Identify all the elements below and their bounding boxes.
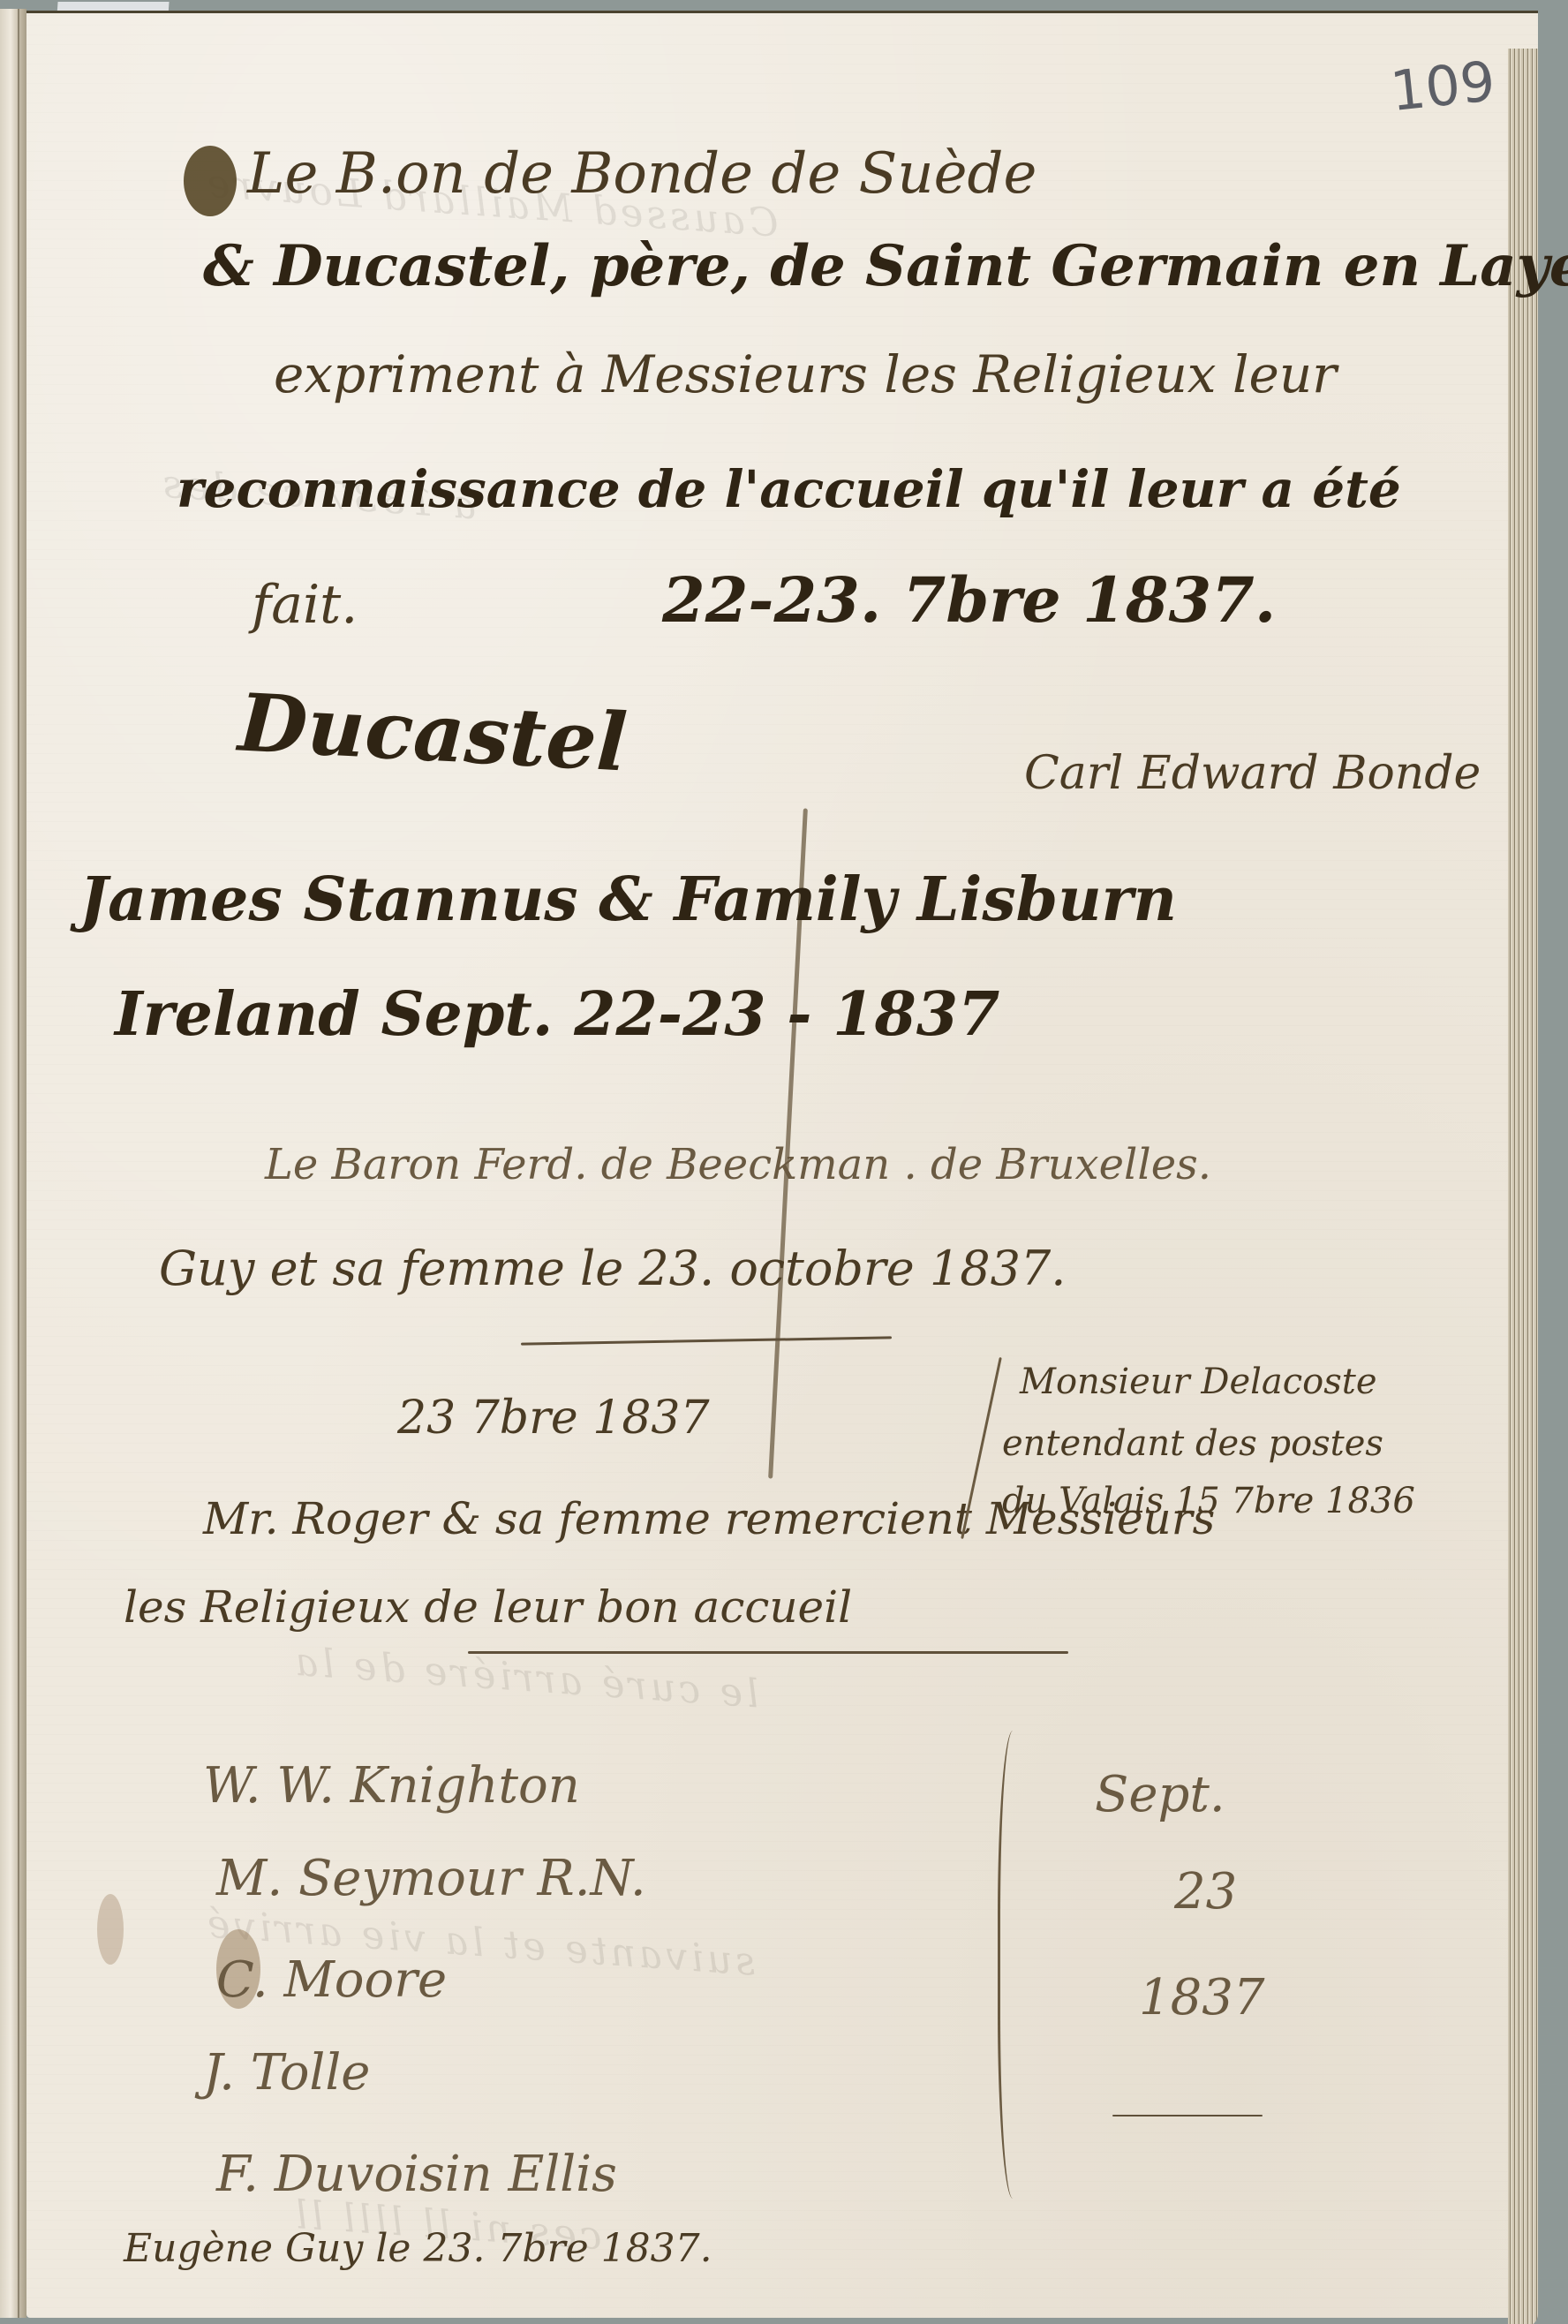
entry-line: & Ducastel, père, de Saint Germain en La… [203, 238, 1568, 295]
ink-blot [184, 146, 237, 216]
entry-line: Ireland Sept. 22-23 - 1837 [115, 985, 999, 1045]
page-edge-stack [1508, 49, 1538, 2324]
visitor-name: J. Tolle [203, 2049, 370, 2098]
entry-line: Le B.on de Bonde de Suède [247, 146, 1037, 202]
visitor-name: C. Moore [216, 1956, 447, 2005]
visitor-name: W. W. Knighton [203, 1762, 580, 1811]
entry-line: Guy et sa femme le 23. octobre 1837. [159, 1245, 1066, 1293]
entry-line: entendant des postes [1002, 1426, 1383, 1461]
entry-line: reconnaissance de l'accueil qu'il leur a… [177, 464, 1401, 515]
page-number: 109 [1388, 54, 1497, 119]
group-date-month: Sept. [1095, 1770, 1225, 1820]
entry-line: fait. [252, 578, 358, 631]
manuscript-page: Caussed Maillard Louvre a 1837 ce des le… [26, 11, 1538, 2318]
signature: Carl Edward Bonde [1024, 751, 1481, 796]
group-date-year: 1837 [1139, 1973, 1265, 2023]
entry-line: James Stannus & Family Lisburn [79, 870, 1177, 930]
grouping-brace [998, 1731, 1036, 2199]
entry-line: du Valais 15 7bre 1836 [1002, 1483, 1415, 1519]
separator-line [1112, 2115, 1263, 2116]
entry-line: Monsieur Delacoste [1020, 1364, 1377, 1400]
separator-line [521, 1336, 892, 1345]
signature: Ducastel [237, 683, 629, 783]
visitor-name: F. Duvoisin Ellis [216, 2150, 617, 2199]
entry-line: Le Baron Ferd. de Beeckman . de Bruxelle… [265, 1143, 1211, 1186]
entry-line: Eugène Guy le 23. 7bre 1837. [124, 2230, 712, 2268]
entry-date: 23 7bre 1837 [397, 1395, 710, 1441]
visitor-name: M. Seymour R.N. [216, 1854, 646, 1904]
entry-line: expriment à Messieurs les Religieux leur [274, 349, 1337, 400]
group-date-day: 23 [1174, 1867, 1237, 1917]
separator-line [468, 1651, 1068, 1654]
book-spine [0, 9, 26, 2318]
entry-line: les Religieux de leur bon accueil [124, 1585, 852, 1629]
entry-date: 22-23. 7bre 1837. [662, 570, 1276, 631]
manuscript-scan: Caussed Maillard Louvre a 1837 ce des le… [0, 0, 1568, 2324]
water-stain [97, 1894, 124, 1965]
